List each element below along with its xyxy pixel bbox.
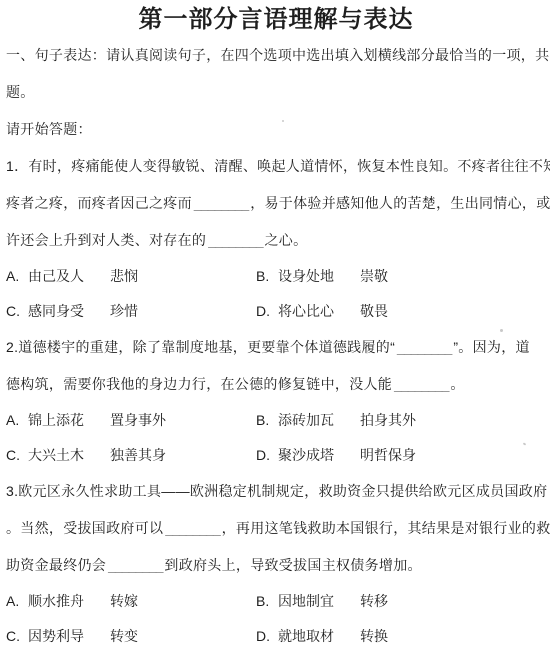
option-word-2: 珍惜 — [110, 294, 138, 329]
question-2: 2.道德楼宇的重建，除了靠制度地基，更要靠个体道德践履的“________”。因… — [6, 329, 546, 473]
answer-blank: ________ — [192, 195, 250, 211]
start-prompt: 请开始答题： — [6, 111, 546, 148]
option-word-1: 将心比心 — [278, 294, 360, 329]
option-word-1: 就地取材 — [278, 619, 360, 646]
option-word-1: 聚沙成塔 — [278, 438, 360, 473]
option-word-2: 转移 — [360, 584, 388, 619]
question-2-options-row-2: C. 大兴土木 独善其身 D. 聚沙成塔 明哲保身 — [6, 438, 546, 473]
question-3-options-row-1: A. 顺水推舟 转嫁 B. 因地制宜 转移 — [6, 584, 546, 619]
option-word-1: 锦上添花 — [28, 403, 110, 438]
question-1-line-3: 许还会上升到对人类、对存在的________之心。 — [6, 222, 546, 259]
option-label: B. — [256, 259, 278, 294]
option-word-2: 崇敬 — [360, 259, 388, 294]
option-word-2: 转嫁 — [110, 584, 138, 619]
option-word-2: 拍身其外 — [360, 403, 416, 438]
option-word-1: 感同身受 — [28, 294, 110, 329]
question-2-option-c: C. 大兴土木 独善其身 — [6, 438, 256, 473]
option-word-1: 大兴土木 — [28, 438, 110, 473]
question-2-line-1: 2.道德楼宇的重建，除了靠制度地基，更要靠个体道德践履的“________”。因… — [6, 329, 546, 366]
question-2-option-b: B. 添砖加瓦 拍身其外 — [256, 403, 546, 438]
section-intro-line-1: 一、句子表达：请认真阅读句子，在四个选项中选出填入划横线部分最恰当的一项，共15 — [6, 37, 546, 74]
exam-page: 第一部分言语理解与表达 一、句子表达：请认真阅读句子，在四个选项中选出填入划横线… — [0, 0, 550, 646]
option-word-1: 顺水推舟 — [28, 584, 110, 619]
option-word-1: 设身处地 — [278, 259, 360, 294]
option-label: B. — [256, 584, 278, 619]
question-3-option-b: B. 因地制宜 转移 — [256, 584, 546, 619]
question-3-line-3: 助资金最终仍会________到政府头上，导致受拔国主权债务增加。 — [6, 547, 546, 584]
option-word-2: 转换 — [360, 619, 388, 646]
option-label: C. — [6, 619, 28, 646]
question-1: 1．有时，疼痛能使人变得敏锐、清醒、唤起人道情怀，恢复本性良知。不疼者往往不知 … — [6, 148, 546, 329]
question-2-option-a: A. 锦上添花 置身事外 — [6, 403, 256, 438]
option-word-1: 因地制宜 — [278, 584, 360, 619]
option-word-2: 独善其身 — [110, 438, 166, 473]
scan-speck — [282, 120, 284, 122]
option-word-2: 明哲保身 — [360, 438, 416, 473]
question-2-option-d: D. 聚沙成塔 明哲保身 — [256, 438, 546, 473]
question-1-line-2: 疼者之疼，而疼者因己之疼而________，易于体验并感知他人的苦楚，生出同情心… — [6, 185, 546, 222]
section-intro: 一、句子表达：请认真阅读句子，在四个选项中选出填入划横线部分最恰当的一项，共15… — [6, 37, 546, 111]
option-label: A. — [6, 403, 28, 438]
question-1-options-row-2: C. 感同身受 珍惜 D. 将心比心 敬畏 — [6, 294, 546, 329]
option-label: C. — [6, 294, 28, 329]
answer-blank: ________ — [206, 232, 264, 248]
option-label: C. — [6, 438, 28, 473]
answer-blank: ________ — [163, 520, 221, 536]
answer-blank: ________ — [392, 376, 450, 392]
option-word-1: 添砖加瓦 — [278, 403, 360, 438]
question-2-line-2: 德构筑，需要你我他的身边力行，在公德的修复链中，没人能________。 — [6, 366, 546, 403]
question-3-option-a: A. 顺水推舟 转嫁 — [6, 584, 256, 619]
question-3-option-d: D. 就地取材 转换 — [256, 619, 546, 646]
option-word-1: 由己及人 — [28, 259, 110, 294]
option-label: D. — [256, 438, 278, 473]
option-word-2: 悲悯 — [110, 259, 138, 294]
question-3-option-c: C. 因势利导 转变 — [6, 619, 256, 646]
question-3-options-row-2: C. 因势利导 转变 D. 就地取材 转换 — [6, 619, 546, 646]
option-label: A. — [6, 584, 28, 619]
question-1-option-d: D. 将心比心 敬畏 — [256, 294, 546, 329]
option-label: B. — [256, 403, 278, 438]
option-word-2: 转变 — [110, 619, 138, 646]
question-1-option-a: A. 由己及人 悲悯 — [6, 259, 256, 294]
answer-blank: ________ — [106, 557, 164, 573]
question-3: 3.欧元区永久性求助工具——欧洲稳定机制规定，救助资金只提供给欧元区成员国政府 … — [6, 473, 546, 646]
section-intro-line-2: 题。 — [6, 74, 546, 111]
page-title: 第一部分言语理解与表达 — [6, 0, 546, 37]
question-1-option-b: B. 设身处地 崇敬 — [256, 259, 546, 294]
option-word-2: 置身事外 — [110, 403, 166, 438]
question-1-option-c: C. 感同身受 珍惜 — [6, 294, 256, 329]
question-3-line-2: 。当然，受拔国政府可以________，再用这笔钱救助本国银行，其结果是对银行业… — [6, 510, 546, 547]
answer-blank: ________ — [395, 339, 453, 355]
question-3-line-1: 3.欧元区永久性求助工具——欧洲稳定机制规定，救助资金只提供给欧元区成员国政府 — [6, 473, 546, 510]
question-1-line-1: 1．有时，疼痛能使人变得敏锐、清醒、唤起人道情怀，恢复本性良知。不疼者往往不知 — [6, 148, 546, 185]
option-label: D. — [256, 619, 278, 646]
question-2-options-row-1: A. 锦上添花 置身事外 B. 添砖加瓦 拍身其外 — [6, 403, 546, 438]
option-label: A. — [6, 259, 28, 294]
question-1-options-row-1: A. 由己及人 悲悯 B. 设身处地 崇敬 — [6, 259, 546, 294]
option-label: D. — [256, 294, 278, 329]
option-word-1: 因势利导 — [28, 619, 110, 646]
option-word-2: 敬畏 — [360, 294, 388, 329]
scan-speck — [500, 329, 503, 332]
